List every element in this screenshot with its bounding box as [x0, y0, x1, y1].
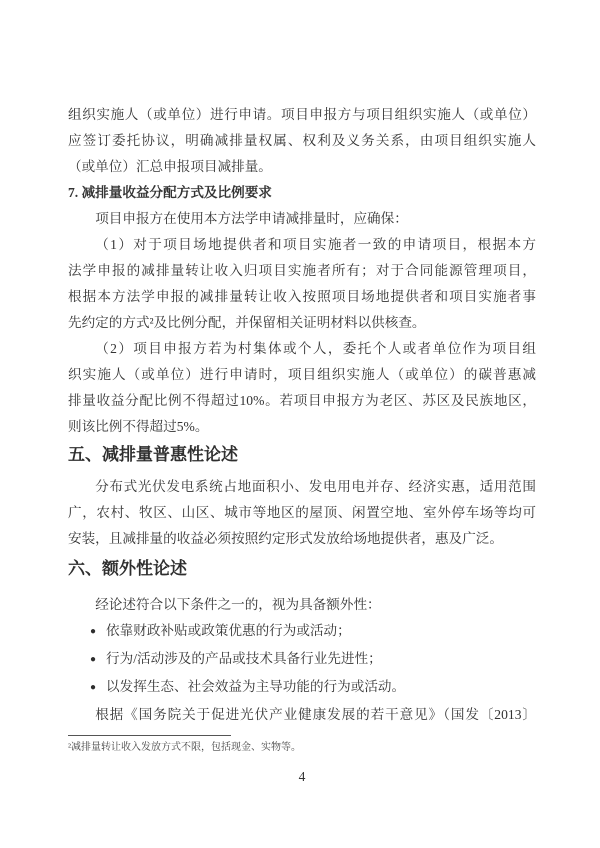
bullet-icon: ● [90, 626, 96, 637]
footnote: ²减排量转让收入发放方式不限，包括现金、实物等。 [68, 741, 536, 755]
body-line: 组织实施人（或单位）进行申请。项目申报方与项目组织实施人（或单位） [68, 102, 536, 128]
section-heading-6: 六、额外性论述 [68, 554, 536, 584]
bullet-icon: ● [90, 654, 96, 665]
body-line: 则该比例不得超过5%。 [68, 414, 536, 440]
body-line: 织实施人（或单位）进行申请时，项目组织实施人（或单位）的碳普惠减 [68, 362, 536, 388]
body-line: 根据《国务院关于促进光伏产业健康发展的若干意见》（国发〔2013〕 [68, 702, 536, 728]
body-line: （或单位）汇总申报项目减排量。 [68, 154, 536, 180]
document-content: 组织实施人（或单位）进行申请。项目申报方与项目组织实施人（或单位） 应签订委托协… [68, 102, 536, 785]
footnote-divider [68, 735, 231, 736]
body-line: 项目申报方在使用本方法学申请减排量时，应确保： [68, 206, 536, 232]
numbered-heading-7: 7. 减排量收益分配方式及比例要求 [68, 180, 536, 206]
body-line: 广，农村、牧区、山区、城市等地区的屋顶、闲置空地、室外停车场等均可 [68, 500, 536, 526]
body-line: 根据本方法学申报的减排量转让收入按照项目场地提供者和项目实施者事 [68, 284, 536, 310]
body-line: 先约定的方式²及比例分配，并保留相关证明材料以供核查。 [68, 310, 536, 336]
section-heading-5: 五、减排量普惠性论述 [68, 440, 536, 470]
bullet-icon: ● [90, 682, 96, 693]
body-line: 应签订委托协议，明确减排量权属、权利及义务关系，由项目组织实施人 [68, 128, 536, 154]
body-line: （2）项目申报方若为村集体或个人，委托个人或者单位作为项目组 [68, 336, 536, 362]
bullet-list-item: ●以发挥生态、社会效益为主导功能的行为或活动。 [68, 674, 536, 702]
body-line: 安装，且减排量的收益必须按照约定形式发放给场地提供者，惠及广泛。 [68, 526, 536, 552]
document-page: 组织实施人（或单位）进行申请。项目申报方与项目组织实施人（或单位） 应签订委托协… [0, 0, 600, 848]
body-line: 法学申报的减排量转让收入归项目实施者所有；对于合同能源管理项目， [68, 258, 536, 284]
bullet-list-item: ●依靠财政补贴或政策优惠的行为或活动； [68, 618, 536, 646]
body-line: （1）对于项目场地提供者和项目实施者一致的申请项目，根据本方 [68, 232, 536, 258]
body-line: 分布式光伏发电系统占地面积小、发电用电并存、经济实惠，适用范围 [68, 474, 536, 500]
page-number: 4 [68, 769, 536, 785]
bullet-item-text: 行为/活动涉及的产品或技术具备行业先进性； [106, 651, 382, 666]
bullet-item-text: 依靠财政补贴或政策优惠的行为或活动； [106, 623, 351, 638]
bullet-list-item: ●行为/活动涉及的产品或技术具备行业先进性； [68, 646, 536, 674]
bullet-item-text: 以发挥生态、社会效益为主导功能的行为或活动。 [106, 679, 405, 694]
body-line: 排量收益分配比例不得超过10%。若项目申报方为老区、苏区及民族地区， [68, 388, 536, 414]
body-line: 经论述符合以下条件之一的，视为具备额外性： [68, 592, 536, 618]
